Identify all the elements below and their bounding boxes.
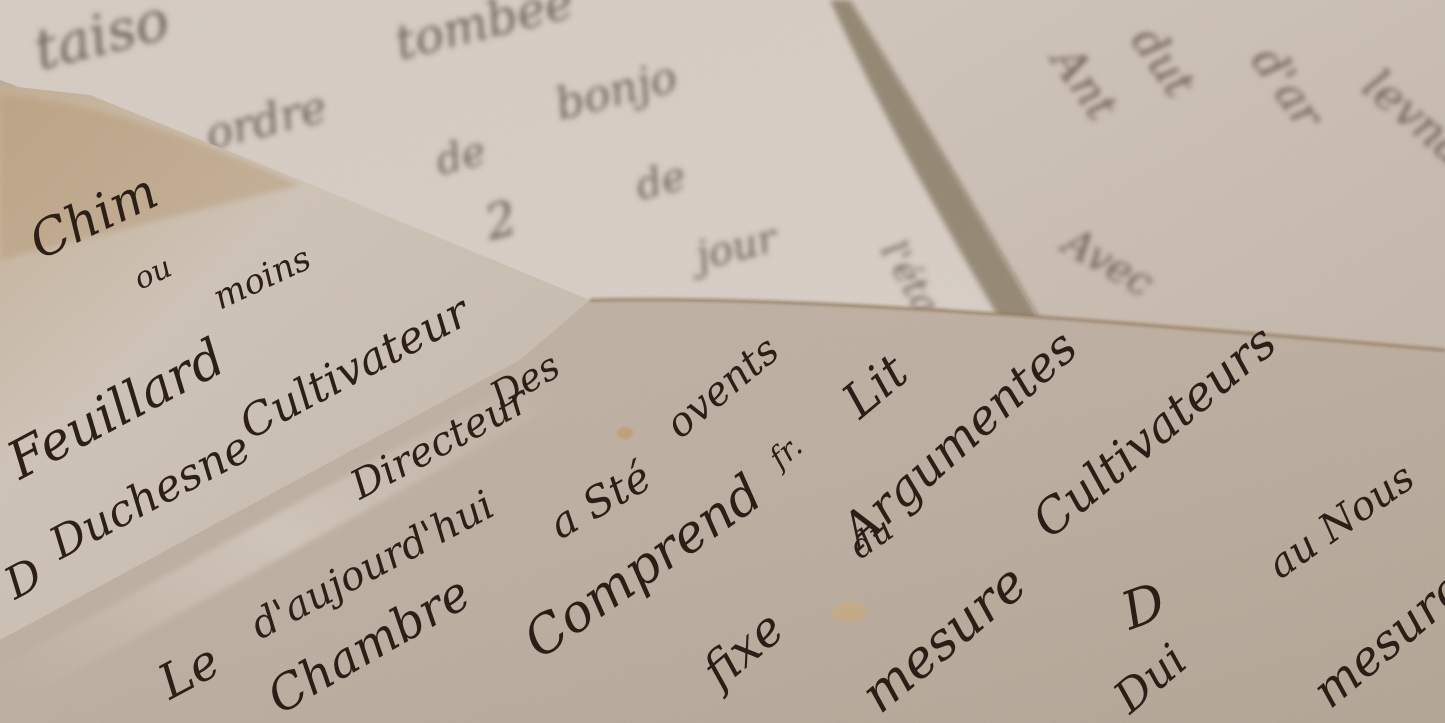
stain-spot [832, 602, 868, 622]
stain-spot [617, 427, 633, 439]
letters-photo: taiso tombée ordre de bonjo de 2 jour l'… [0, 0, 1445, 723]
photo-scene: taiso tombée ordre de bonjo de 2 jour l'… [0, 0, 1445, 723]
